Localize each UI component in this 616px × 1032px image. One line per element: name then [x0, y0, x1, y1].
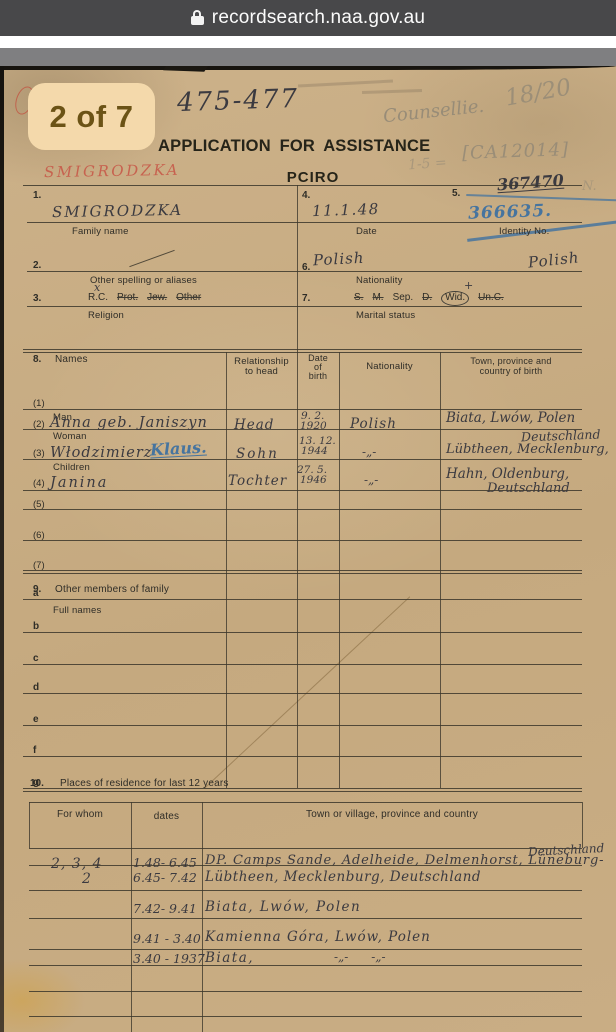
s8-header-relationship-2: to head [226, 366, 297, 377]
s8-header-town-2: country of birth [440, 366, 582, 376]
annotation-page-range: 475-477 [177, 84, 300, 118]
field-3-label: Religion [88, 310, 124, 321]
s8-row2-dob-bottom: 1920 [300, 420, 327, 432]
rule [23, 570, 582, 571]
field-7-number: 7. [302, 293, 310, 304]
s8-row7-number: (7) [33, 560, 45, 571]
s8-row3-number: (3) [33, 448, 45, 459]
s8-row2-number: (2) [33, 419, 45, 430]
s9-letter-f: f [33, 745, 37, 756]
s8-row3-name: Włodzimierz [50, 445, 152, 461]
religion-option-jew: Jew. [147, 292, 167, 303]
annotation-red-family-name: SMIGRODZKA [44, 161, 180, 181]
s8-row4-name: Janina [50, 475, 108, 491]
annotation-pencil-note: 1-5 = [407, 155, 447, 174]
s8-row3-dob-bottom: 1944 [301, 445, 328, 457]
field-4-number: 4. [302, 190, 310, 201]
scan-left-edge [0, 66, 4, 1032]
rule [29, 865, 582, 866]
s8-header-dob-3: birth [297, 371, 339, 381]
s8-row2-town: Biata, Lwów, Polen [446, 410, 575, 426]
column-line [297, 185, 298, 352]
annotation-series-ref: [CA12014] [462, 139, 570, 164]
field-6-label: Nationality [356, 275, 403, 286]
rule [23, 599, 582, 600]
s9-letter-a: a [33, 588, 39, 599]
url-text[interactable]: recordsearch.naa.gov.au [212, 7, 425, 29]
s8-row1-number: (1) [33, 398, 45, 409]
rule [23, 509, 582, 510]
chrome-gray-strip [0, 48, 616, 66]
s9-letter-b: b [33, 621, 39, 632]
rule [23, 725, 582, 726]
s8-row5-number: (5) [33, 499, 45, 510]
field-4-label: Date [356, 226, 377, 237]
rule [23, 573, 582, 574]
s10-row5-ditto: -„- -„- [334, 950, 386, 964]
field-7-check-mark: + [464, 279, 473, 292]
rule [23, 185, 582, 186]
s10-row3-dates: 7.42- 9.41 [133, 901, 197, 916]
field-2-number: 2. [33, 260, 41, 271]
s10-row3-town: Biata, Lwów, Polen [205, 899, 361, 915]
rule [29, 949, 582, 950]
rule [29, 802, 582, 803]
s8-header-names: Names [55, 354, 88, 365]
s10-row4-town: Kamienna Góra, Lwów, Polen [205, 929, 431, 945]
marital-option-m: M. [372, 292, 383, 303]
s9-title: Other members of family [55, 584, 169, 595]
marital-option-wid-circled: Wid. [441, 291, 469, 306]
rule [23, 756, 582, 757]
field-2-label: Other spelling or aliases [90, 275, 197, 286]
s8-header-town-1: Town, province and [440, 356, 582, 366]
field-7-label: Marital status [356, 310, 415, 321]
s8-row4-relationship: Tochter [228, 473, 287, 489]
field-1-number: 1. [33, 190, 41, 201]
s10-row2-who: 2 [82, 871, 91, 887]
s8-row2-nationality: Polish [350, 416, 397, 432]
s10-row1-who: 2, 3, 4 [51, 856, 103, 872]
rule [23, 791, 582, 792]
field-3-number: 3. [33, 293, 41, 304]
rule [29, 890, 582, 891]
s10-row2-town: Lübtheen, Mecklenburg, Deutschland [205, 869, 481, 885]
s8-row3-town: Lübtheen, Mecklenburg, [446, 442, 609, 457]
s10-title: Places of residence for last 12 years [60, 778, 229, 789]
s8-row4-number: (4) [33, 478, 45, 489]
field-3-options: R.C. Prot. Jew. Other [88, 292, 201, 303]
s10-row4-dates: 9.41 - 3.40 [133, 931, 201, 946]
s9-sub-label: Full names [53, 605, 101, 616]
rule [29, 848, 582, 849]
rule [23, 540, 582, 541]
s8-number: 8. [33, 354, 41, 365]
s8-row4-town: Hahn, Oldenburg, [446, 466, 569, 482]
column-line [202, 802, 203, 1032]
lock-icon [191, 10, 204, 26]
s10-header-for-whom: For whom [29, 809, 131, 820]
s8-row6-number: (6) [33, 530, 45, 541]
s8-row2-name: Anna geb. Janiszyn [50, 415, 208, 431]
s8-row4-ditto: -„- [364, 473, 378, 487]
annotation-pencil-n: N. [582, 179, 597, 194]
marital-option-d: D. [422, 292, 432, 303]
s8-group-children: Children [53, 462, 90, 473]
rule [23, 664, 582, 665]
rule [23, 632, 582, 633]
s10-header-dates: dates [131, 811, 202, 822]
rule [29, 918, 582, 919]
s8-row4-town-overflow: Deutschland [487, 481, 570, 496]
rule [29, 965, 582, 966]
s10-row2-dates: 6.45- 7.42 [133, 870, 197, 885]
s8-row3-town-overflow: Deutschland [521, 427, 601, 445]
s8-row4-dob-bottom: 1946 [300, 474, 327, 486]
rule [23, 349, 582, 350]
marital-option-s: S. [354, 292, 363, 303]
s8-group-woman: Woman [53, 431, 87, 442]
s8-row3-name-added-blue: Klaus. [150, 438, 207, 460]
doc-title: APPLICATION FOR ASSISTANCE [158, 137, 468, 156]
field-4-value: 11.1.48 [312, 200, 380, 220]
marital-option-sep: Sep. [393, 292, 414, 303]
rule [29, 1016, 582, 1017]
s8-header-nationality: Nationality [339, 361, 440, 372]
s8-row2-relationship: Head [234, 417, 274, 433]
s10-row5-dates: 3.40 - 1937 [133, 951, 205, 966]
field-1-value: SMIGRODZKA [52, 201, 183, 221]
s8-row3-ditto: -„- [362, 445, 376, 459]
page-counter-badge: 2 of 7 [28, 83, 155, 150]
s10-number: 10. [30, 778, 44, 789]
field-6-number: 6. [302, 262, 310, 273]
religion-option-other: Other [176, 292, 201, 303]
screen: recordsearch.naa.gov.au 2 of 7 475-477 C… [0, 0, 616, 1032]
rule [27, 306, 582, 307]
religion-option-rc: R.C. [88, 292, 108, 303]
field-7-options: S. M. Sep. D. Wid. Un.C. [354, 292, 504, 306]
browser-address-bar[interactable]: recordsearch.naa.gov.au [0, 0, 616, 36]
s9-letter-e: e [33, 714, 39, 725]
s10-row5-town: Biata, [205, 950, 254, 966]
rule [23, 693, 582, 694]
column-line [131, 802, 132, 1032]
rule [29, 991, 582, 992]
s9-letter-d: d [33, 682, 39, 693]
field-5-label: Identity No. [499, 226, 549, 237]
religion-option-prot: Prot. [117, 292, 138, 303]
chrome-white-strip [0, 36, 616, 48]
marital-option-unc: Un.C. [478, 292, 504, 303]
s9-letter-c: c [33, 653, 39, 664]
field-5-number: 5. [452, 188, 460, 199]
s10-header-town: Town or village, province and country [202, 809, 582, 820]
s8-row3-relationship: Sohn [236, 446, 279, 462]
field-6-value: Polish [313, 249, 365, 270]
field-1-label: Family name [72, 226, 129, 237]
s10-row1-dates: 1.48- 6.45 [133, 855, 197, 870]
